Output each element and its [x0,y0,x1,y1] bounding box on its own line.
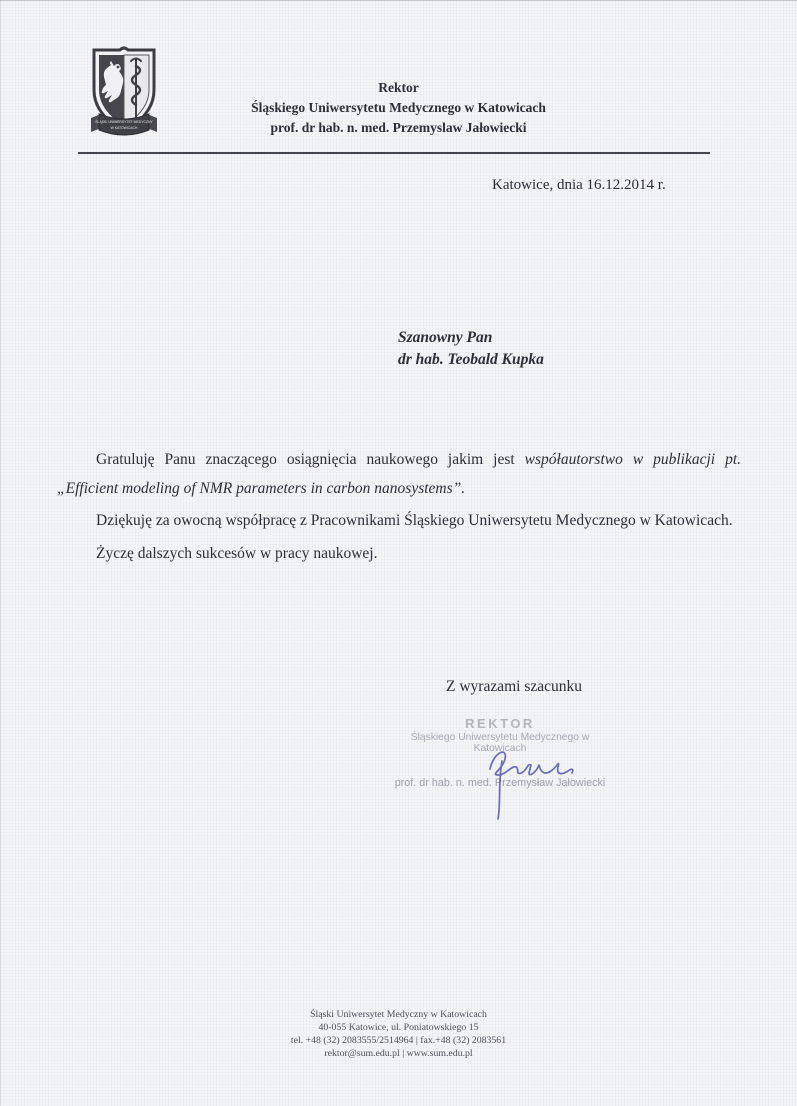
sender-institution: Śląskiego Uniwersytetu Medycznego w Kato… [0,98,797,118]
footer-line-phone: tel. +48 (32) 2083555/2514964 | fax.+48 … [0,1034,797,1047]
footer-address: Śląski Uniwersytet Medyczny w Katowicach… [0,1008,797,1060]
footer-line-institution: Śląski Uniwersytet Medyczny w Katowicach [0,1008,797,1021]
p1-roman-text: Gratuluję Panu znaczącego osiągnięcia na… [96,451,525,468]
sender-title: Rektor [0,78,797,98]
letterhead: Rektor Śląskiego Uniwersytetu Medycznego… [0,78,797,138]
sender-name: prof. dr hab. n. med. Przemyslaw Jałowie… [0,118,797,138]
recipient-salutation: Szanowny Pan [398,327,544,349]
recipient-name: dr hab. Teobald Kupka [398,349,544,371]
footer-line-address: 40-055 Katowice, ul. Poniatowskiego 15 [0,1021,797,1034]
header-divider [78,152,710,154]
date-line: Katowice, dnia 16.12.2014 r. [492,177,666,194]
signature [468,733,600,821]
scanned-letter-page: ŚLĄSKI UNIWERSYTET MEDYCZNY W KATOWICACH… [0,0,797,1106]
footer-line-email: rektor@sum.edu.pl | www.sum.edu.pl [0,1047,797,1060]
paragraph-thanks: Dziękuję za owocną współpracę z Pracowni… [57,506,741,535]
recipient-block: Szanowny Pan dr hab. Teobald Kupka [398,327,544,371]
stamp-title: REKTOR [385,716,615,731]
paragraph-congratulations: Gratuluję Panu znaczącego osiągnięcia na… [57,445,741,503]
letter-body: Gratuluję Panu znaczącego osiągnięcia na… [57,445,741,571]
closing-salutation: Z wyrazami szacunku [446,678,582,696]
paragraph-wishes: Życzę dalszych sukcesów w pracy naukowej… [57,539,741,568]
